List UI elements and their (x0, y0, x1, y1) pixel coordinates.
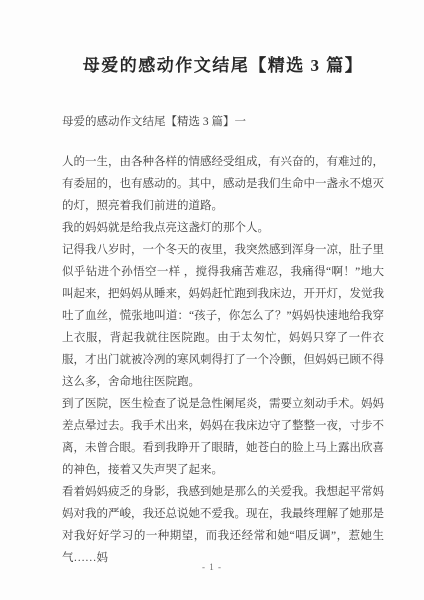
page-number: - 1 - (0, 562, 424, 572)
document-title: 母爱的感动作文结尾【精选 3 篇】 (62, 54, 384, 78)
paragraph: 到了医院，医生检查了说是急性阑尾炎，需要立刻动手术。妈妈差点晕过去。我手术出来，… (62, 393, 384, 481)
paragraph: 人的一生，由各种各样的情感经受组成，有兴奋的，有难过的，有委屈的，也有感动的。其… (62, 151, 384, 217)
document-body: 人的一生，由各种各样的情感经受组成，有兴奋的，有难过的，有委屈的，也有感动的。其… (62, 151, 384, 569)
paragraph: 看着妈妈疲乏的身影，我感到她是那么的关爱我。我想起平常妈妈对我的严峻，我还总说她… (62, 481, 384, 569)
paragraph: 记得我八岁时，一个冬天的夜里，我突然感到浑身一凉，肚子里似乎钻进个孙悟空一样 ，… (62, 239, 384, 393)
document-subtitle: 母爱的感动作文结尾【精选 3 篇】一 (62, 111, 384, 133)
paragraph: 我的妈妈就是给我点亮这盏灯的那个人。 (62, 217, 384, 239)
document-page: 母爱的感动作文结尾【精选 3 篇】 母爱的感动作文结尾【精选 3 篇】一 人的一… (0, 0, 424, 600)
